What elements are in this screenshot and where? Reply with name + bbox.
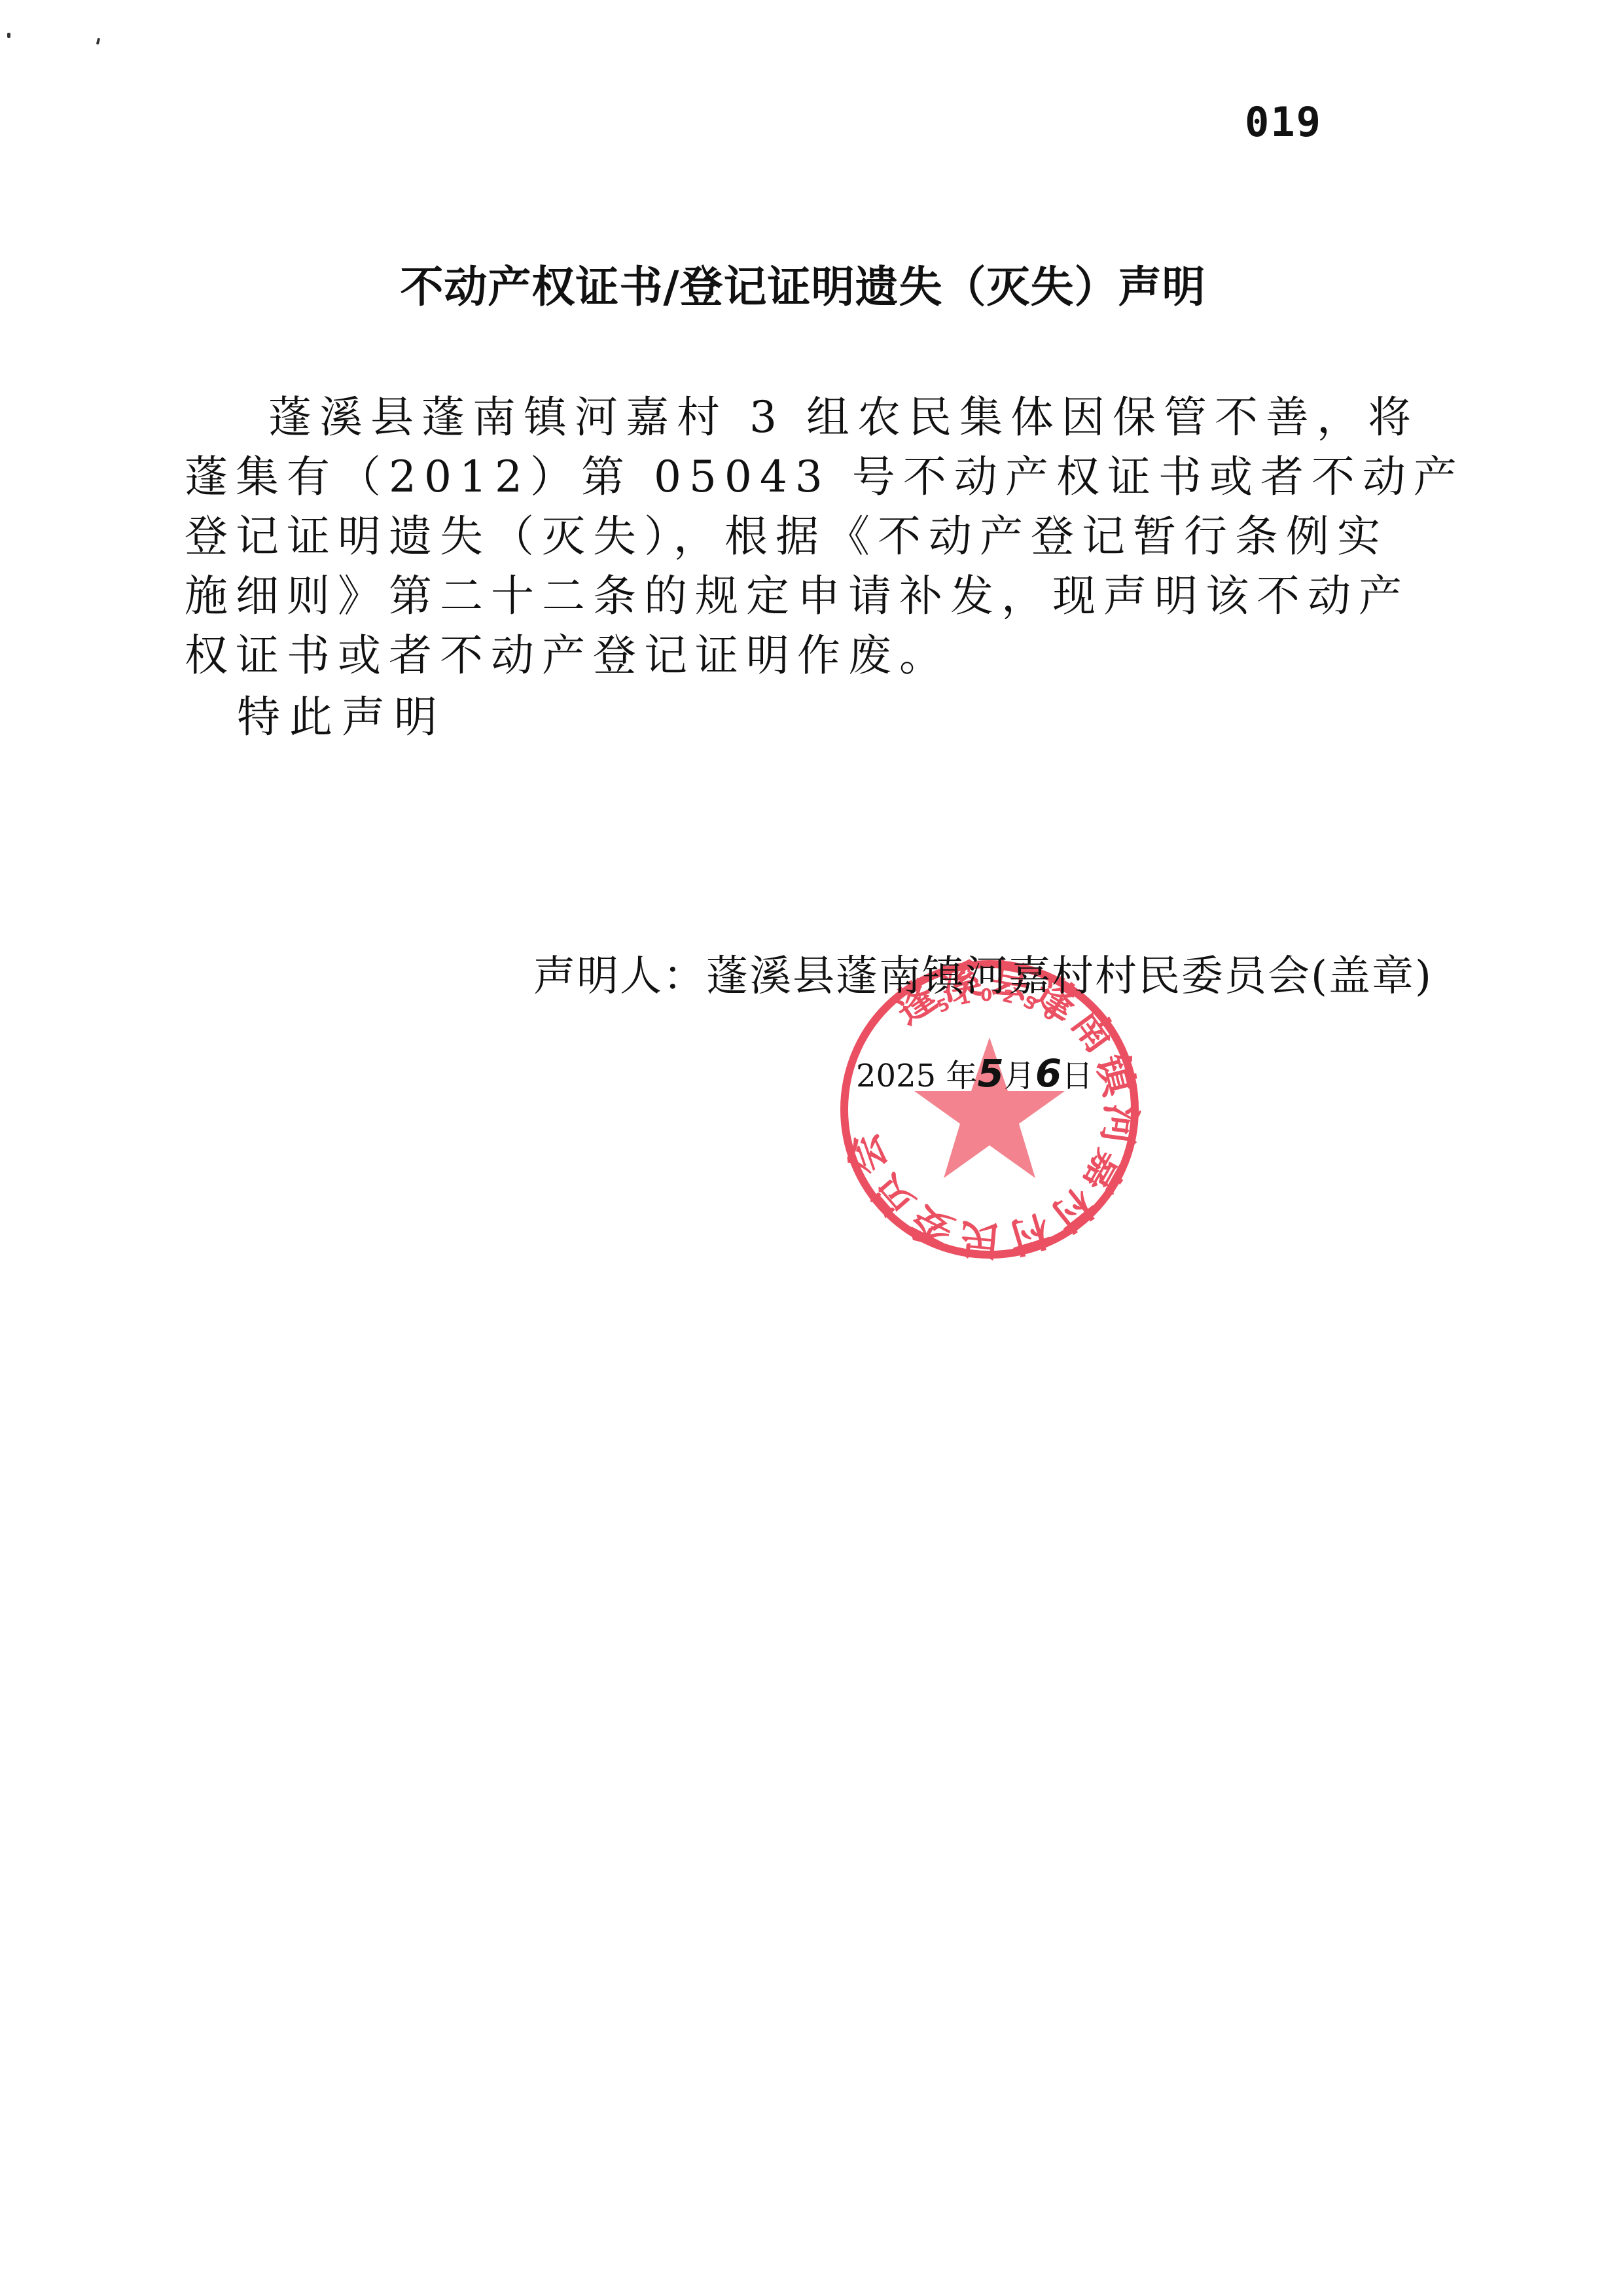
body-line-1: 蓬溪县蓬南镇河嘉村 3 组农民集体因保管不善，将	[185, 387, 1428, 447]
scan-speck	[96, 38, 100, 45]
document-title: 不动产权证书/登记证明遗失（灭失）声明	[0, 252, 1606, 314]
date-month-handwritten: 5	[977, 1051, 1003, 1096]
declaration-date: 2025 年5月6日	[856, 1050, 1093, 1096]
date-day-unit: 日	[1062, 1058, 1093, 1094]
declaration-body: 蓬溪县蓬南镇河嘉村 3 组农民集体因保管不善，将 蓬集有（2012）第 0504…	[185, 387, 1428, 685]
body-line-2: 蓬集有（2012）第 05043 号不动产权证书或者不动产	[185, 447, 1428, 507]
date-day-handwritten: 6	[1035, 1051, 1062, 1096]
date-month-unit: 月	[1004, 1058, 1035, 1094]
scan-speck	[7, 33, 10, 38]
body-line-3: 登记证明遗失（灭失），根据《不动产登记暂行条例实	[185, 507, 1428, 566]
declarant-signature: 声明人：蓬溪县蓬南镇河嘉村村民委员会(盖章)	[533, 942, 1433, 1003]
date-year: 2025	[856, 1058, 936, 1094]
body-line-5: 权证书或者不动产登记证明作废。	[185, 626, 1428, 685]
closing-statement: 特此声明	[237, 682, 446, 744]
page-number: 019	[1245, 98, 1322, 146]
body-line-4: 施细则》第二十二条的规定申请补发，现声明该不动产	[185, 566, 1428, 626]
document-page: 019 不动产权证书/登记证明遗失（灭失）声明 蓬溪县蓬南镇河嘉村 3 组农民集…	[0, 0, 1606, 2296]
date-year-unit: 年	[946, 1058, 977, 1094]
